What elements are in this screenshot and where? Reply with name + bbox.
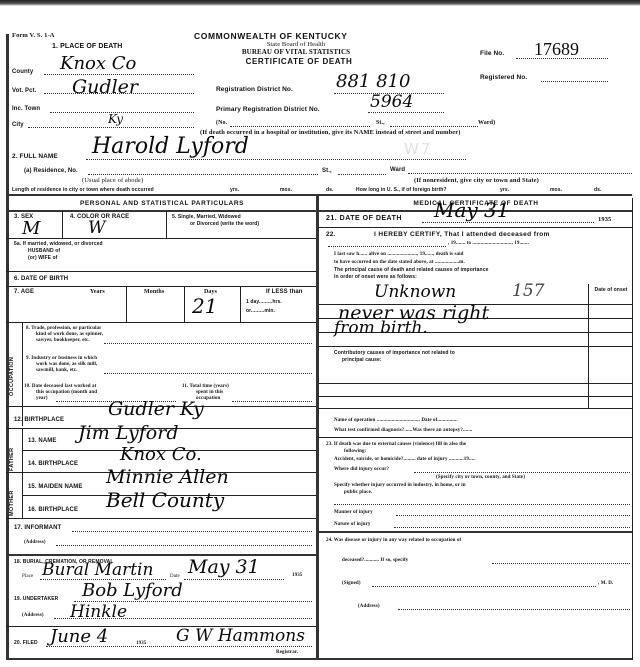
county-label: County [12,69,33,75]
signed-label: (Signed) [342,581,361,586]
divider-dob-row [6,286,316,287]
occupation-side-divider [22,322,23,426]
inc-town-label: Inc. Town [12,106,40,112]
scan-top-edge [0,0,640,6]
total-time-label-2: spent in this [196,390,223,395]
less-min-label: or.........min. [246,308,275,314]
divider-date-of-death [319,227,632,228]
nature-line [394,527,630,528]
death-certificate: Form V. S. 1-A COMMONWEALTH OF KENTUCKY … [4,28,636,660]
residence-st-label: St., [322,168,332,174]
undertaker-label: 19. UNDERTAKER [14,596,58,602]
registrar-label: Registrar. [276,650,298,655]
last-saw-text: I last saw h...... alive on ............… [334,252,463,257]
marital-label: 5. Single, Married, Widowed [172,214,241,220]
cause-line-5 [319,383,632,384]
age-label: 7. AGE [14,289,34,295]
dob-label: 6. DATE OF BIRTH [14,276,68,282]
certify-line-2: , 19....... to .........................… [448,241,529,246]
industry-label-3: sawmill, bank, etc. [36,368,78,373]
registered-no-label: Registered No. [480,74,527,81]
cause-3-value: from birth. [334,320,428,337]
divider-bottom [6,658,632,660]
parents-side-divider [22,428,23,518]
manner-line [396,515,630,516]
race-marital-divider [166,210,167,238]
onset-column-divider [588,284,589,366]
registered-no-line [541,81,608,82]
mother-birthplace-value: Bell County [106,490,224,510]
certify-label: I HEREBY CERTIFY, That I attended deceas… [374,231,550,238]
foreign-birth-label: How long in U. S., if of foreign birth? [356,187,447,193]
city-no-label: (No. [216,120,227,126]
external-causes-label-2: following: [344,449,366,454]
burial-place-label: Place [22,574,33,579]
age-days-value: 21 [192,296,217,316]
father-name-label: 13. NAME [28,438,56,444]
residence-st-line [338,174,386,175]
contributory-text: Contributory causes of importance not re… [334,350,455,356]
divider-mother [6,518,316,519]
center-divider [316,194,319,660]
certificate-title: CERTIFICATE OF DEATH [234,57,364,66]
city-label: City [12,122,24,128]
certify-number: 22. [326,231,335,238]
marital-label-2: or Divorced (write the word) [190,221,259,227]
diagnosis-text: What test confirmed diagnosis?......Was … [334,428,472,433]
days-less-divider [240,286,241,322]
faded-stamp: W7 [404,140,432,158]
bureau-title: BUREAU OF VITAL STATISTICS [226,48,366,56]
filed-year: 1935 [136,641,146,646]
personal-heading: PERSONAL AND STATISTICAL PARTICULARS [8,200,316,207]
occurred-text: to have occurred on the date stated abov… [334,260,465,265]
where-injury-note: (Specify city or town, county, and State… [436,475,525,480]
father-vertical-label: FATHER [9,448,15,471]
vot-pct-value: Gudler [72,78,138,97]
informant-address-label: (Address) [24,540,46,545]
residence-label: (a) Residence, No. [24,168,78,174]
form-number: Form V. S. 1-A [12,32,55,39]
less-than-label: If LESS than [266,289,303,295]
spouse-label-3: (or) WIFE of [28,255,58,261]
city-no-line [230,126,370,127]
full-name-label: 2. FULL NAME [12,153,58,160]
board-of-health: State Board of Health [226,41,366,48]
informant-address-line [56,545,312,546]
residence-mos: mos. [280,187,292,193]
date-of-death-value: May 31 [434,200,510,220]
md-label: , M. D. [598,581,613,586]
commonwealth-title: COMMONWEALTH OF KENTUCKY [194,31,394,41]
where-injury-label: Where did injury occur? [334,467,389,472]
trade-label: 8. Trade, profession, or particular [26,326,102,331]
date-of-death-year: 1935 [598,216,611,223]
burial-date-line [184,579,284,580]
industry-line [104,373,312,374]
burial-place-value: Bural Martin [42,562,153,579]
years-label: Years [90,289,105,295]
certify-from-line [328,246,446,247]
industry-label: 9. Industry or business in which [26,356,97,361]
date-of-death-label: 21. DATE OF DEATH [326,215,402,222]
months-days-divider [184,286,185,322]
industry-label-2: work was done, as silk mill, [36,362,97,367]
specify-occupation-line [492,563,630,564]
external-causes-label: 23. If death was due to external causes … [326,442,466,447]
spouse-label-2: HUSBAND of [28,248,60,254]
reg-district-value: 881 810 [336,73,410,91]
where-injury-line [414,472,630,473]
cause-line-4 [319,346,632,347]
nature-label: Nature of injury [334,522,371,527]
full-name-line [86,159,466,160]
physician-address-line [398,609,630,610]
operation-text: Name of operation ......................… [334,418,458,423]
full-name-value: Harold Lyford [92,136,249,158]
filed-label: 20. FILED [14,640,38,646]
race-value: W [88,220,105,237]
file-number: 17689 [534,40,579,58]
burial-date-value: May 31 [188,558,260,577]
months-label: Months [144,289,164,295]
residence-ward-line [408,173,632,174]
accident-text: Accident, suicide, or homicide?.........… [334,457,476,462]
father-birthplace-value: Knox Co. [120,446,202,464]
nonresident-note: (If nonresident, give city or town and S… [414,177,539,184]
residence-yrs: yrs. [230,187,239,193]
principal-text: The principal cause of death and related… [334,267,488,273]
principal-text-2: in order of onset were as follows: [334,274,417,280]
primary-reg-line [368,112,444,113]
sex-race-divider [62,210,63,238]
undertaker-address-value: Hinkle [70,604,127,621]
contributory-text-2: principal cause: [342,357,382,363]
primary-reg-value: 5964 [370,94,413,111]
divider-informant [6,554,316,556]
registrar-signature: G W Hammons [176,628,305,645]
father-birthplace-label: 14. BIRTHPLACE [28,461,78,467]
divider-top [6,194,632,196]
file-no-label: File No. [480,50,504,57]
us-mos: mos. [550,187,562,193]
inc-town-value: Ky [108,113,123,125]
father-name-value: Jim Lyford [78,424,178,443]
date-of-onset-label: Date of onset [590,287,632,294]
less-day-label: 1 day.........hrs. [246,299,282,305]
place-of-death-heading: 1. PLACE OF DEATH [52,43,122,50]
residence-line [88,174,318,175]
residence-ds: ds. [326,187,334,193]
county-value: Knox Co [60,55,136,73]
informant-line [72,531,312,532]
vot-pct-label: Vot. Pct. [12,88,36,94]
divider-injury [319,531,632,533]
county-line [44,74,194,75]
us-yrs: yrs. [500,187,509,193]
undertaker-address-label: (Address) [22,613,44,618]
divider-heading [6,210,632,212]
undertaker-value: Bob Lyford [82,582,183,600]
city-st-line [390,126,478,127]
trade-line [104,343,312,344]
last-worked-label-2: this occupation (month and [36,390,97,395]
manner-label: Manner of injury [334,510,373,515]
last-worked-label-3: year) [36,396,48,401]
occupation-related-label: 24. Was disease or injury in any way rel… [326,538,461,543]
cause-line-7 [319,408,632,409]
mother-birthplace-label: 16. BIRTHPLACE [28,507,78,513]
divider-diagnosis [319,437,632,438]
residence-ward-label: Ward [390,167,405,173]
cause-code: 157 [512,283,544,300]
divider-sex-row [6,238,316,239]
cause-line-6 [319,396,632,397]
burial-year: 1935 [292,573,302,578]
sex-value: M [22,220,40,238]
signed-line [372,586,596,587]
cause-1-value: Unknown [374,284,456,301]
mother-maiden-label: 15. MAIDEN NAME [28,484,83,490]
mother-vertical-label: MOTHER [9,490,15,516]
trade-label-3: sawyer, bookkeeper, etc. [36,338,90,343]
spouse-label: 5a. If married, widowed, or divorced [14,241,103,247]
city-st-label: St., [376,120,385,126]
residence-sub: (Usual place of abode) [82,177,143,184]
city-line [28,127,194,128]
trade-label-2: kind of work done, as spinner, [36,332,103,337]
specify-text: Specify whether injury occurred in indus… [334,483,466,488]
mother-maiden-value: Minnie Allen [106,468,229,487]
left-border [6,34,9,660]
onset-column-divider-2 [588,366,589,408]
reg-district-label: Registration District No. [216,86,293,93]
burial-date-label: Date [170,574,180,579]
birthplace-value: Gudler Ky [108,400,204,419]
deceased-specify-label: deceased?........... If so, specify [342,558,408,563]
primary-reg-label: Primary Registration District No. [216,106,320,113]
last-worked-label: 10. Date deceased last worked at [24,384,96,389]
right-border [632,198,633,660]
informant-label: 17. INFORMANT [14,525,61,531]
occupation-vertical-label: OCCUPATION [9,357,15,396]
specify-text-2: public place. [344,490,372,495]
total-time-line [232,401,312,402]
birthplace-label: 12. BIRTHPLACE [14,417,64,423]
city-ward-label: Ward) [478,120,495,126]
filed-date-value: June 4 [50,628,108,646]
divider-age-row [6,322,316,323]
physician-address-label: (Address) [358,604,380,609]
specify-line [334,504,630,505]
length-residence-label: Length of residence in city or town wher… [12,187,154,193]
date-of-death-line [422,222,594,223]
us-ds: ds. [594,187,602,193]
years-months-divider [126,286,127,322]
total-time-label: 11. Total time (years) [182,384,229,389]
divider-spouse-row [6,271,316,272]
